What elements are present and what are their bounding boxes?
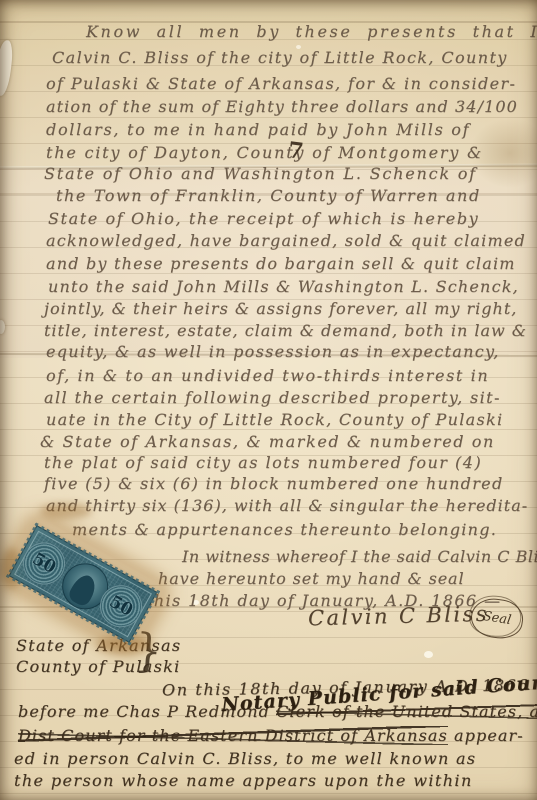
text-segment: the Town of Franklin, County of Warren a… — [56, 186, 481, 205]
text-segment: of Pulaski & State of Arkansas, for & in… — [46, 74, 516, 93]
handwritten-line: of Pulaski & State of Arkansas, for & in… — [46, 74, 516, 93]
handwritten-line: have hereunto set my hand & seal — [158, 569, 465, 588]
handwritten-line: ation of the sum of Eighty three dollars… — [46, 97, 518, 116]
handwritten-line: jointly, & their heirs & assigns forever… — [44, 299, 517, 318]
portrait-bust — [66, 571, 100, 608]
text-segment: the plat of said city as lots numbered f… — [44, 453, 482, 472]
handwritten-line: and by these presents do bargain sell & … — [46, 254, 516, 273]
text-segment: ed in person Calvin C. Bliss, to me well… — [14, 749, 476, 768]
text-segment: the person whose name appears upon the w… — [14, 771, 473, 790]
handwritten-line: Dist Court for the Eastern District of A… — [18, 726, 524, 745]
handwritten-line: Know all men by these presents that I — [86, 22, 537, 41]
handwritten-line: & State of Arkansas, & marked & numbered… — [40, 432, 495, 451]
text-segment: equity, & as well in possession as in ex… — [46, 342, 500, 361]
handwritten-line: ed in person Calvin C. Bliss, to me well… — [14, 749, 476, 768]
struck-text: Dist Court for the Eastern District of A… — [18, 726, 448, 745]
handwritten-line: equity, & as well in possession as in ex… — [46, 342, 500, 361]
stamp-value: 50 — [106, 592, 136, 621]
text-segment: jointly, & their heirs & assigns forever… — [44, 299, 517, 318]
text-segment: Calvin C. Bliss of the city of Little Ro… — [52, 48, 508, 67]
handwritten-line: Calvin C. Bliss of the city of Little Ro… — [52, 48, 508, 67]
text-segment: dollars, to me in hand paid by John Mill… — [46, 120, 470, 139]
revenue-stamp: 50 50 — [12, 521, 152, 645]
text-segment: unto the said John Mills & Washington L.… — [48, 277, 519, 296]
stamp-value: 50 — [29, 549, 59, 578]
handwritten-line: the Town of Franklin, County of Warren a… — [56, 186, 481, 205]
handwritten-line: State of Ohio and Washington L. Schenck … — [44, 164, 477, 183]
text-segment: appear- — [448, 726, 524, 745]
handwritten-line: unto the said John Mills & Washington L.… — [48, 277, 519, 296]
text-segment: the city of Dayton, County of Montgomery… — [46, 143, 483, 162]
text-segment: State of Ohio and Washington L. Schenck … — [44, 164, 477, 183]
handwritten-line: and thirty six (136), with all & singula… — [46, 496, 528, 515]
handwritten-line: the plat of said city as lots numbered f… — [44, 453, 482, 472]
text-segment: Know all men by these presents that I — [86, 22, 537, 41]
text-segment: uate in the City of Little Rock, County … — [46, 410, 503, 429]
handwritten-line: the city of Dayton, County of Montgomery… — [46, 143, 483, 162]
text-segment: ation of the sum of Eighty three dollars… — [46, 97, 518, 116]
signature: Calvin C Bliss — [308, 602, 489, 631]
text-segment: all the certain following described prop… — [44, 388, 501, 407]
handwritten-line: dollars, to me in hand paid by John Mill… — [46, 120, 470, 139]
text-segment: In witness whereof I the said Calvin C B… — [182, 547, 537, 566]
handwritten-line: title, interest, estate, claim & demand,… — [44, 321, 527, 340]
text-segment: and thirty six (136), with all & singula… — [46, 496, 528, 515]
text-segment: & State of Arkansas, & marked & numbered… — [40, 432, 495, 451]
deed-document-photo: Know all men by these presents that ICal… — [0, 0, 537, 800]
text-segment: title, interest, estate, claim & demand,… — [44, 321, 527, 340]
handwritten-line: State of Ohio, the receipt of which is h… — [48, 209, 479, 228]
handwritten-line: uate in the City of Little Rock, County … — [46, 410, 503, 429]
paper-speck — [424, 651, 433, 658]
text-segment: have hereunto set my hand & seal — [158, 569, 465, 588]
handwritten-line: five (5) & six (6) in block numbered one… — [44, 474, 504, 493]
text-segment: acknowledged, have bargained, sold & qui… — [46, 231, 526, 250]
text-segment: and by these presents do bargain sell & … — [46, 254, 516, 273]
text-segment: of, in & to an undivided two-thirds inte… — [46, 366, 489, 385]
text-segment: five (5) & six (6) in block numbered one… — [44, 474, 504, 493]
seal-label: Seal — [468, 595, 525, 642]
handwritten-line: acknowledged, have bargained, sold & qui… — [46, 231, 526, 250]
adhesive-stain — [40, 503, 92, 519]
seal-scribble: Seal — [468, 595, 525, 642]
handwritten-line: of, in & to an undivided two-thirds inte… — [46, 366, 489, 385]
handwritten-line: In witness whereof I the said Calvin C B… — [182, 547, 537, 566]
handwritten-line: all the certain following described prop… — [44, 388, 501, 407]
stray-pen-mark: 7 — [286, 137, 304, 165]
handwritten-line: the person whose name appears upon the w… — [14, 771, 473, 790]
text-segment: State of Ohio, the receipt of which is h… — [48, 209, 479, 228]
